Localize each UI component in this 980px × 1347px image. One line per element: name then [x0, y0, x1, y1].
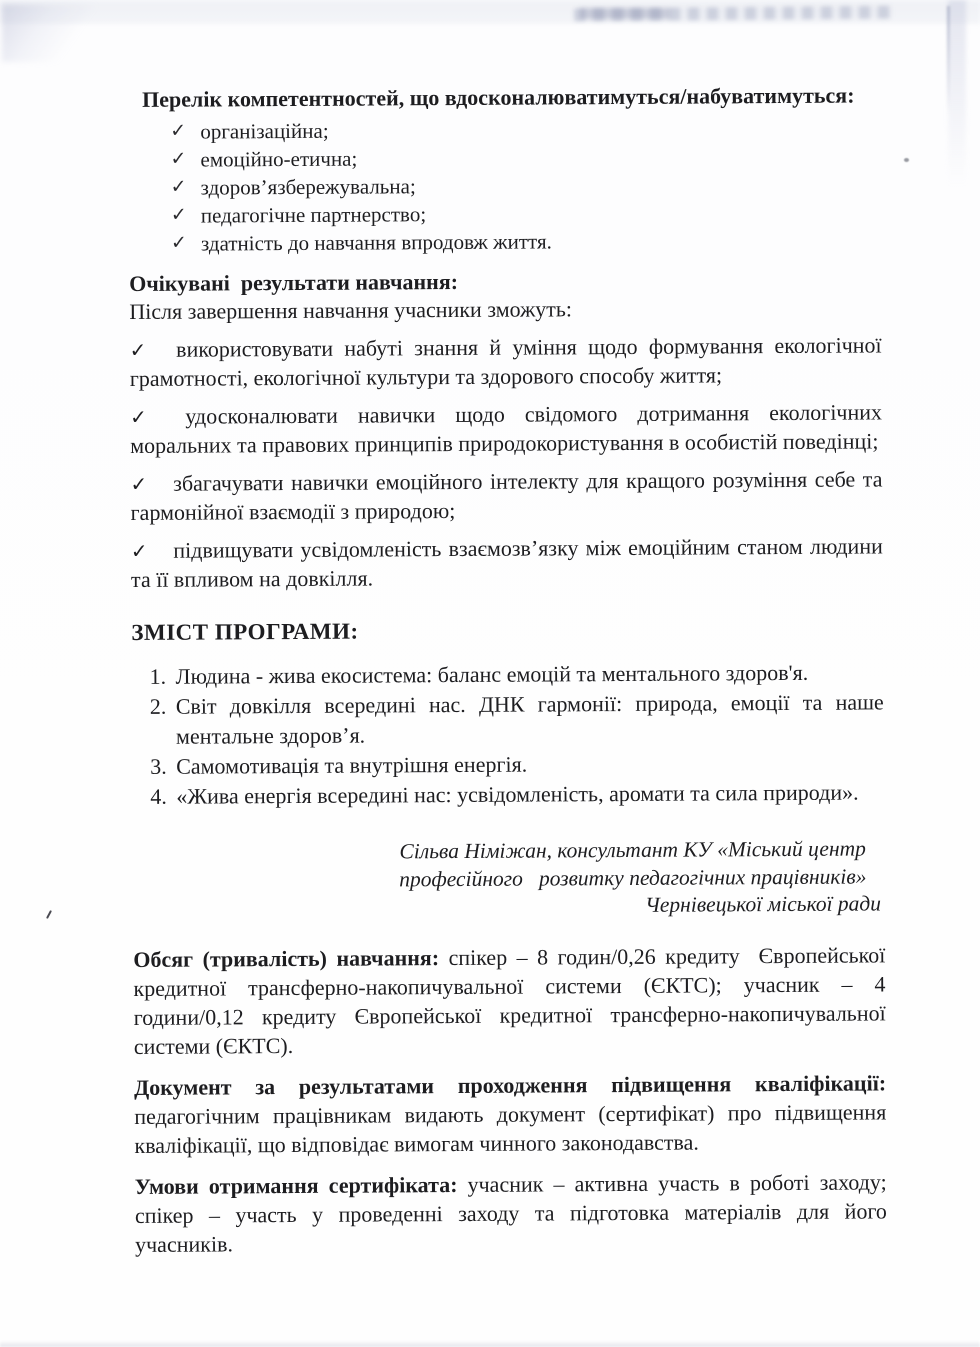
- competency-label: емоційно-етична;: [200, 147, 357, 172]
- scan-right-edge-line: [947, 6, 950, 114]
- document-lead: Документ за результатами проходження під…: [134, 1070, 886, 1100]
- competency-item: ✓ здатність до навчання впродовж життя.: [129, 225, 881, 258]
- attribution-line: Сільва Німіжан, консультант КУ «Міський …: [381, 835, 885, 866]
- competency-label: здатність до навчання впродовж життя.: [201, 229, 552, 255]
- bleed-through-text-artifact: [580, 8, 670, 19]
- check-icon: ✓: [171, 230, 187, 258]
- outcome-item: ✓підвищувати усвідомленість взаємозв’язк…: [131, 532, 883, 594]
- check-icon: ✓: [170, 118, 186, 146]
- program-item: Людина - жива екосистема: баланс емоцій …: [172, 657, 884, 691]
- competencies-list: ✓ організаційна; ✓ емоційно-етична; ✓ зд…: [128, 113, 881, 258]
- program-item-text: Світ довкілля всередині нас. ДНК гармоні…: [176, 689, 884, 748]
- check-icon: ✓: [130, 407, 161, 429]
- program-heading: ЗМІСТ ПРОГРАМИ:: [131, 613, 883, 648]
- outcome-text: збагачувати навички емоційного інтелекту…: [131, 466, 883, 525]
- outcome-item: ✓використовувати набуті знання й уміння …: [130, 331, 882, 393]
- program-item: «Жива енергія всередині нас: усвідомлені…: [172, 777, 884, 811]
- attribution-line: Чернівецької міської ради: [381, 890, 885, 921]
- check-icon: ✓: [130, 474, 149, 496]
- check-icon: ✓: [130, 340, 153, 362]
- outcome-item: ✓збагачувати навички емоційного інтелект…: [130, 465, 882, 527]
- program-item-text: Людина - жива екосистема: баланс емоцій …: [176, 660, 809, 689]
- document-paragraph: Документ за результатами проходження під…: [134, 1068, 887, 1160]
- program-item: Самомотивація та внутрішня енергія.: [172, 747, 884, 781]
- check-icon: ✓: [170, 146, 186, 174]
- certificate-paragraph: Умови отримання сертифіката: учасник – а…: [135, 1167, 888, 1259]
- certificate-lead: Умови отримання сертифіката:: [135, 1172, 458, 1199]
- program-item-text: «Жива енергія всередині нас: усвідомлені…: [176, 780, 858, 809]
- scan-right-edge-band: [948, 0, 966, 220]
- bleed-through-text-artifact: [574, 6, 892, 22]
- document-content: Перелік компетентностей, що вдосконалюва…: [128, 81, 887, 1258]
- program-item-text: Самомотивація та внутрішня енергія.: [176, 752, 527, 779]
- program-list: Людина - жива екосистема: баланс емоцій …: [132, 657, 885, 812]
- attribution-line: професійного розвитку педагогічних праці…: [381, 863, 885, 894]
- competencies-heading: Перелік компетентностей, що вдосконалюва…: [128, 81, 880, 114]
- ink-speck: [904, 158, 909, 162]
- check-icon: ✓: [171, 174, 187, 202]
- competency-label: організаційна;: [200, 119, 328, 144]
- program-item: Світ довкілля всередині нас. ДНК гармоні…: [172, 687, 884, 751]
- outcome-text: удосконалювати навички щодо свідомого до…: [130, 399, 882, 458]
- outcome-text: використовувати набуті знання й уміння щ…: [130, 332, 882, 391]
- check-icon: ✓: [131, 541, 150, 563]
- ink-speck: [46, 910, 52, 919]
- outcomes-intro: Після завершення навчання учасники зможу…: [129, 293, 881, 326]
- scan-bottom-edge: [0, 1341, 980, 1347]
- competency-label: педагогічне партнерство;: [201, 202, 426, 227]
- outcome-text: підвищувати усвідомленість взаємозв’язку…: [131, 533, 883, 592]
- scan-top-band-artifact: [0, 2, 980, 24]
- volume-paragraph: Обсяг (тривалість) навчання: спікер – 8 …: [133, 940, 886, 1061]
- scanned-document-page: { "competencies": { "heading": "Перелік …: [0, 0, 980, 1347]
- author-attribution: Сільва Німіжан, консультант КУ «Міський …: [381, 835, 885, 921]
- scan-corner-shade-artifact: [2, 4, 112, 62]
- check-icon: ✓: [171, 202, 187, 230]
- competency-label: здоров’язбережувальна;: [201, 174, 416, 199]
- outcome-item: ✓удосконалювати навички щодо свідомого д…: [130, 398, 882, 460]
- volume-lead: Обсяг (тривалість) навчання:: [133, 945, 439, 972]
